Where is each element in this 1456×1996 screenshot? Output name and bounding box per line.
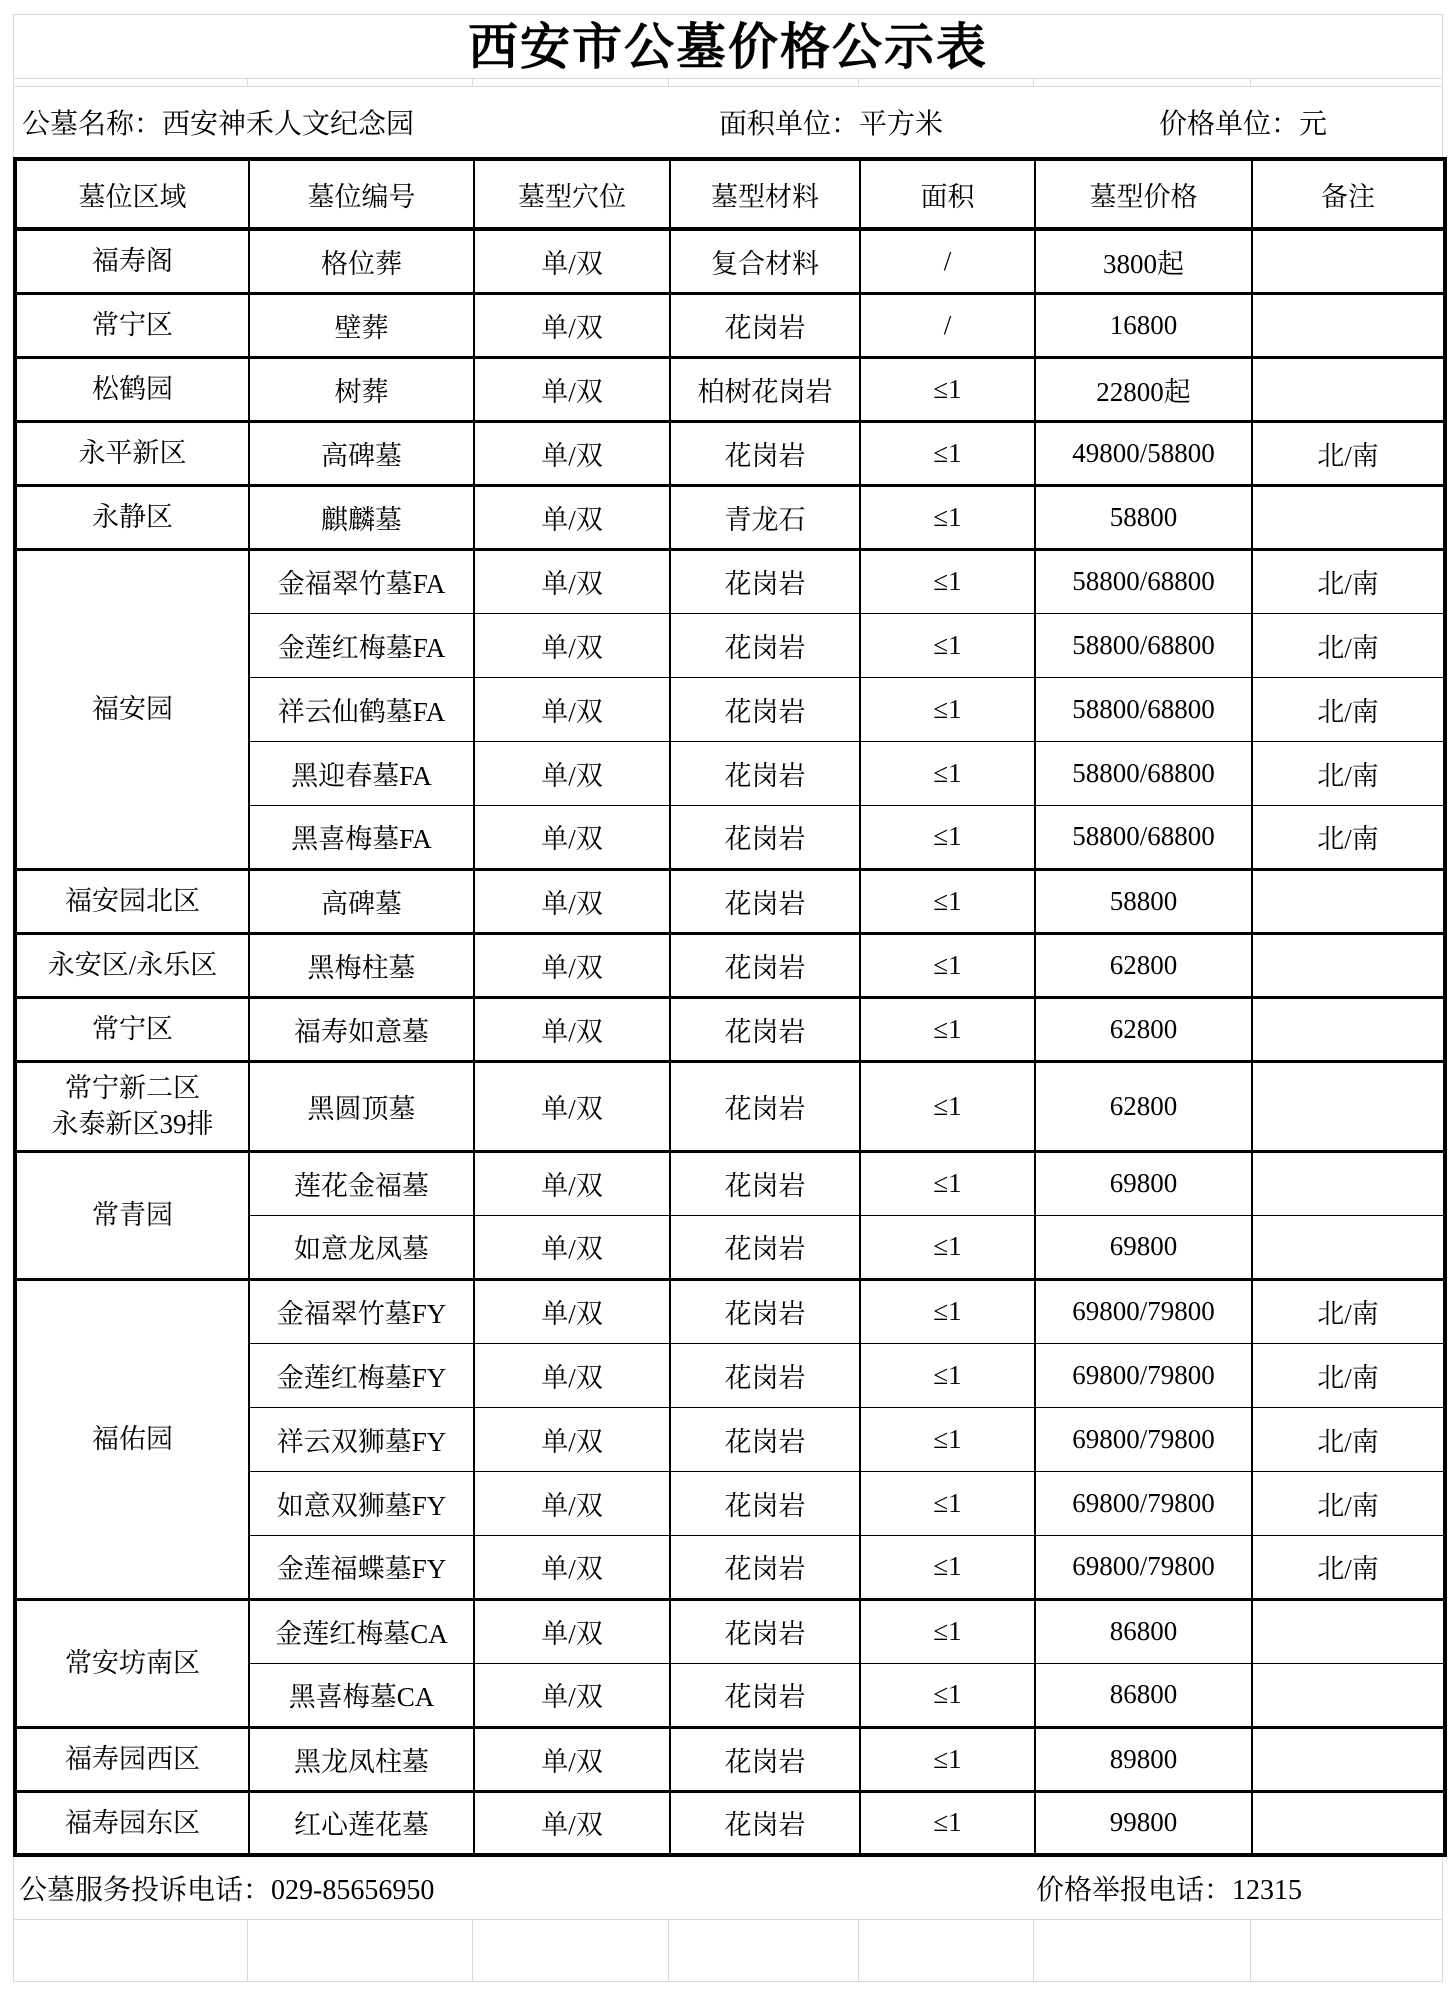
cell-price: 58800/68800	[1035, 613, 1252, 677]
cell-area-size: ≤1	[860, 1061, 1035, 1151]
cell-slot-type: 单/双	[474, 1343, 670, 1407]
cell-material: 花岗岩	[670, 805, 860, 869]
cell-plot-number: 金莲红梅墓FA	[249, 613, 474, 677]
cell-area-size: /	[860, 293, 1035, 357]
cell-plot-number: 祥云双狮墓FY	[249, 1407, 474, 1471]
cell-area-region: 常宁区	[15, 997, 249, 1061]
cell-note: 北/南	[1252, 1343, 1445, 1407]
cell-material: 花岗岩	[670, 1599, 860, 1663]
cell-slot-type: 单/双	[474, 421, 670, 485]
gridline-cell	[858, 78, 1033, 87]
gridline-cell	[668, 1919, 858, 1982]
cell-slot-type: 单/双	[474, 1061, 670, 1151]
table-row: 永平新区高碑墓单/双花岗岩≤149800/58800北/南	[15, 421, 1445, 485]
cell-area-size: ≤1	[860, 1791, 1035, 1855]
cell-material: 花岗岩	[670, 1791, 860, 1855]
gridline-cell	[1033, 78, 1250, 87]
cell-slot-type: 单/双	[474, 293, 670, 357]
cell-slot-type: 单/双	[474, 1407, 670, 1471]
cell-area-region: 常安坊南区	[15, 1599, 249, 1727]
cell-area-size: ≤1	[860, 549, 1035, 613]
cell-price: 58800/68800	[1035, 677, 1252, 741]
gridline-cell	[13, 78, 247, 87]
cell-note	[1252, 229, 1445, 293]
cell-price: 69800/79800	[1035, 1471, 1252, 1535]
cell-price: 58800/68800	[1035, 805, 1252, 869]
cell-material: 花岗岩	[670, 1061, 860, 1151]
cell-price: 58800/68800	[1035, 741, 1252, 805]
cell-area-size: ≤1	[860, 1599, 1035, 1663]
cell-area-size: ≤1	[860, 1279, 1035, 1343]
cell-price: 86800	[1035, 1663, 1252, 1727]
cell-material: 花岗岩	[670, 1279, 860, 1343]
cell-material: 花岗岩	[670, 997, 860, 1061]
cell-slot-type: 单/双	[474, 1663, 670, 1727]
column-header-1: 墓位区域	[15, 159, 249, 229]
cell-area-size: ≤1	[860, 1663, 1035, 1727]
cell-area-size: ≤1	[860, 613, 1035, 677]
gridline-cell	[1250, 78, 1443, 87]
cell-price: 58800/68800	[1035, 549, 1252, 613]
table-row: 常宁区壁葬单/双花岗岩/16800	[15, 293, 1445, 357]
cell-plot-number: 树葬	[249, 357, 474, 421]
cell-area-region: 福安园	[15, 549, 249, 869]
cell-slot-type: 单/双	[474, 741, 670, 805]
cell-plot-number: 黑龙凤柱墓	[249, 1727, 474, 1791]
cell-price: 62800	[1035, 933, 1252, 997]
cell-material: 花岗岩	[670, 1535, 860, 1599]
cell-material: 花岗岩	[670, 1471, 860, 1535]
cell-plot-number: 黑喜梅墓CA	[249, 1663, 474, 1727]
table-row: 常青园莲花金福墓单/双花岗岩≤169800	[15, 1151, 1445, 1215]
gridline-cell	[1250, 1919, 1443, 1982]
cell-note: 北/南	[1252, 741, 1445, 805]
cell-plot-number: 金福翠竹墓FA	[249, 549, 474, 613]
cell-area-size: ≤1	[860, 997, 1035, 1061]
cell-plot-number: 黑梅柱墓	[249, 933, 474, 997]
cell-price: 58800	[1035, 485, 1252, 549]
cell-note	[1252, 1663, 1445, 1727]
cell-slot-type: 单/双	[474, 549, 670, 613]
cell-slot-type: 单/双	[474, 1791, 670, 1855]
table-row: 福佑园金福翠竹墓FY单/双花岗岩≤169800/79800北/南	[15, 1279, 1445, 1343]
page-title: 西安市公墓价格公示表	[468, 22, 988, 72]
table-row: 常安坊南区金莲红梅墓CA单/双花岗岩≤186800	[15, 1599, 1445, 1663]
cell-price: 22800起	[1035, 357, 1252, 421]
cell-area-size: ≤1	[860, 741, 1035, 805]
cell-slot-type: 单/双	[474, 485, 670, 549]
cell-price: 99800	[1035, 1791, 1252, 1855]
cell-plot-number: 金福翠竹墓FY	[249, 1279, 474, 1343]
cell-note	[1252, 1599, 1445, 1663]
cell-plot-number: 金莲福蝶墓FY	[249, 1535, 474, 1599]
table-row: 福寿园西区黑龙凤柱墓单/双花岗岩≤189800	[15, 1727, 1445, 1791]
cell-note: 北/南	[1252, 421, 1445, 485]
cell-note: 北/南	[1252, 1407, 1445, 1471]
report-phone-label: 价格举报电话：12315	[1036, 1868, 1302, 1908]
cell-slot-type: 单/双	[474, 1151, 670, 1215]
cell-area-size: /	[860, 229, 1035, 293]
cell-material: 花岗岩	[670, 293, 860, 357]
cell-plot-number: 祥云仙鹤墓FA	[249, 677, 474, 741]
cell-material: 花岗岩	[670, 613, 860, 677]
table-row: 常宁区福寿如意墓单/双花岗岩≤162800	[15, 997, 1445, 1061]
cell-price: 69800	[1035, 1151, 1252, 1215]
cell-price: 69800/79800	[1035, 1343, 1252, 1407]
price-unit-label: 价格单位：元	[1159, 102, 1327, 142]
cell-plot-number: 高碑墓	[249, 869, 474, 933]
cell-note	[1252, 357, 1445, 421]
cell-plot-number: 麒麟墓	[249, 485, 474, 549]
cell-plot-number: 福寿如意墓	[249, 997, 474, 1061]
cell-price: 89800	[1035, 1727, 1252, 1791]
cell-price: 62800	[1035, 1061, 1252, 1151]
cell-plot-number: 壁葬	[249, 293, 474, 357]
footer-row: 公墓服务投诉电话：029-85656950 价格举报电话：12315	[13, 1857, 1443, 1919]
cell-area-region: 永静区	[15, 485, 249, 549]
cell-area-size: ≤1	[860, 677, 1035, 741]
area-unit-label: 面积单位：平方米	[719, 102, 943, 142]
cell-note	[1252, 1215, 1445, 1279]
cell-area-size: ≤1	[860, 933, 1035, 997]
cell-plot-number: 如意双狮墓FY	[249, 1471, 474, 1535]
cell-material: 花岗岩	[670, 677, 860, 741]
cell-area-size: ≤1	[860, 1407, 1035, 1471]
cell-price: 49800/58800	[1035, 421, 1252, 485]
cell-plot-number: 黑喜梅墓FA	[249, 805, 474, 869]
cell-plot-number: 金莲红梅墓FY	[249, 1343, 474, 1407]
cell-area-size: ≤1	[860, 1215, 1035, 1279]
cell-material: 花岗岩	[670, 1727, 860, 1791]
column-header-4: 墓型材料	[670, 159, 860, 229]
cell-plot-number: 莲花金福墓	[249, 1151, 474, 1215]
gridline-cell	[472, 1919, 668, 1982]
cell-price: 69800/79800	[1035, 1407, 1252, 1471]
cell-price: 69800	[1035, 1215, 1252, 1279]
table-row: 常宁新二区 永泰新区39排黑圆顶墓单/双花岗岩≤162800	[15, 1061, 1445, 1151]
cell-note: 北/南	[1252, 1279, 1445, 1343]
cell-plot-number: 金莲红梅墓CA	[249, 1599, 474, 1663]
table-row: 永静区麒麟墓单/双青龙石≤158800	[15, 485, 1445, 549]
cell-area-size: ≤1	[860, 805, 1035, 869]
cell-note	[1252, 293, 1445, 357]
cell-slot-type: 单/双	[474, 1727, 670, 1791]
table-row: 永安区/永乐区黑梅柱墓单/双花岗岩≤162800	[15, 933, 1445, 997]
column-header-3: 墓型穴位	[474, 159, 670, 229]
cell-slot-type: 单/双	[474, 933, 670, 997]
table-row: 福寿阁格位葬单/双复合材料/3800起	[15, 229, 1445, 293]
cell-slot-type: 单/双	[474, 1279, 670, 1343]
cell-note	[1252, 933, 1445, 997]
cell-slot-type: 单/双	[474, 1599, 670, 1663]
cell-slot-type: 单/双	[474, 869, 670, 933]
cemetery-name-label: 公墓名称：西安神禾人文纪念园	[22, 102, 414, 142]
cell-slot-type: 单/双	[474, 613, 670, 677]
cell-price: 16800	[1035, 293, 1252, 357]
cell-material: 花岗岩	[670, 869, 860, 933]
cell-note: 北/南	[1252, 1471, 1445, 1535]
cell-area-size: ≤1	[860, 1535, 1035, 1599]
cell-slot-type: 单/双	[474, 1535, 670, 1599]
gridline-cell	[668, 78, 858, 87]
cell-area-region: 永安区/永乐区	[15, 933, 249, 997]
cell-area-region: 永平新区	[15, 421, 249, 485]
cell-plot-number: 黑圆顶墓	[249, 1061, 474, 1151]
cell-slot-type: 单/双	[474, 805, 670, 869]
cell-material: 花岗岩	[670, 1215, 860, 1279]
cell-area-region: 常宁区	[15, 293, 249, 357]
cell-price: 86800	[1035, 1599, 1252, 1663]
cell-material: 青龙石	[670, 485, 860, 549]
cell-area-size: ≤1	[860, 485, 1035, 549]
cell-area-size: ≤1	[860, 1343, 1035, 1407]
cell-note	[1252, 1791, 1445, 1855]
spreadsheet-page: 西安市公墓价格公示表 公墓名称：西安神禾人文纪念园 面积单位：平方米 价格单位：…	[13, 14, 1443, 1982]
cell-price: 3800起	[1035, 229, 1252, 293]
cell-note: 北/南	[1252, 549, 1445, 613]
cell-price: 58800	[1035, 869, 1252, 933]
column-header-5: 面积	[860, 159, 1035, 229]
table-header-row: 墓位区域墓位编号墓型穴位墓型材料面积墓型价格备注	[15, 159, 1445, 229]
cell-material: 花岗岩	[670, 741, 860, 805]
subtitle-row: 公墓名称：西安神禾人文纪念园 面积单位：平方米 价格单位：元	[13, 87, 1443, 157]
title-block: 西安市公墓价格公示表	[13, 14, 1443, 78]
cell-material: 柏树花岗岩	[670, 357, 860, 421]
cell-price: 62800	[1035, 997, 1252, 1061]
gridline-cell	[472, 78, 668, 87]
column-header-2: 墓位编号	[249, 159, 474, 229]
cell-area-size: ≤1	[860, 357, 1035, 421]
gridline-cell	[1033, 1919, 1250, 1982]
cell-area-size: ≤1	[860, 869, 1035, 933]
cell-plot-number: 高碑墓	[249, 421, 474, 485]
table-row: 福安园金福翠竹墓FA单/双花岗岩≤158800/68800北/南	[15, 549, 1445, 613]
cell-material: 花岗岩	[670, 1343, 860, 1407]
cell-area-size: ≤1	[860, 1727, 1035, 1791]
cell-price: 69800/79800	[1035, 1279, 1252, 1343]
cell-note: 北/南	[1252, 677, 1445, 741]
gridline-band-bottom	[13, 1919, 1443, 1982]
price-table: 墓位区域墓位编号墓型穴位墓型材料面积墓型价格备注 福寿阁格位葬单/双复合材料/3…	[13, 157, 1447, 1857]
cell-note: 北/南	[1252, 613, 1445, 677]
cell-plot-number: 红心莲花墓	[249, 1791, 474, 1855]
cell-slot-type: 单/双	[474, 357, 670, 421]
cell-note	[1252, 869, 1445, 933]
service-phone-label: 公墓服务投诉电话：029-85656950	[19, 1868, 434, 1908]
cell-note	[1252, 485, 1445, 549]
cell-note	[1252, 1151, 1445, 1215]
gridline-band-top	[13, 78, 1443, 87]
cell-slot-type: 单/双	[474, 1215, 670, 1279]
cell-area-size: ≤1	[860, 421, 1035, 485]
column-header-6: 墓型价格	[1035, 159, 1252, 229]
cell-area-region: 常宁新二区 永泰新区39排	[15, 1061, 249, 1151]
cell-area-region: 福安园北区	[15, 869, 249, 933]
cell-slot-type: 单/双	[474, 677, 670, 741]
column-header-7: 备注	[1252, 159, 1445, 229]
cell-material: 花岗岩	[670, 1407, 860, 1471]
cell-material: 花岗岩	[670, 933, 860, 997]
cell-slot-type: 单/双	[474, 997, 670, 1061]
cell-note	[1252, 1727, 1445, 1791]
cell-area-region: 福寿园东区	[15, 1791, 249, 1855]
cell-area-size: ≤1	[860, 1151, 1035, 1215]
cell-material: 花岗岩	[670, 1151, 860, 1215]
gridline-cell	[247, 78, 472, 87]
cell-area-region: 福佑园	[15, 1279, 249, 1599]
gridline-cell	[13, 1919, 247, 1982]
cell-plot-number: 黑迎春墓FA	[249, 741, 474, 805]
cell-area-region: 福寿阁	[15, 229, 249, 293]
cell-material: 花岗岩	[670, 1663, 860, 1727]
table-row: 福安园北区高碑墓单/双花岗岩≤158800	[15, 869, 1445, 933]
cell-plot-number: 如意龙凤墓	[249, 1215, 474, 1279]
cell-price: 69800/79800	[1035, 1535, 1252, 1599]
gridline-cell	[247, 1919, 472, 1982]
cell-area-region: 常青园	[15, 1151, 249, 1279]
cell-material: 花岗岩	[670, 421, 860, 485]
cell-note	[1252, 997, 1445, 1061]
cell-area-region: 福寿园西区	[15, 1727, 249, 1791]
cell-material: 花岗岩	[670, 549, 860, 613]
cell-area-region: 松鹤园	[15, 357, 249, 421]
cell-area-size: ≤1	[860, 1471, 1035, 1535]
table-row: 福寿园东区红心莲花墓单/双花岗岩≤199800	[15, 1791, 1445, 1855]
table-row: 松鹤园树葬单/双柏树花岗岩≤122800起	[15, 357, 1445, 421]
cell-note: 北/南	[1252, 805, 1445, 869]
cell-note	[1252, 1061, 1445, 1151]
cell-slot-type: 单/双	[474, 229, 670, 293]
cell-slot-type: 单/双	[474, 1471, 670, 1535]
gridline-cell	[858, 1919, 1033, 1982]
cell-material: 复合材料	[670, 229, 860, 293]
cell-plot-number: 格位葬	[249, 229, 474, 293]
cell-note: 北/南	[1252, 1535, 1445, 1599]
